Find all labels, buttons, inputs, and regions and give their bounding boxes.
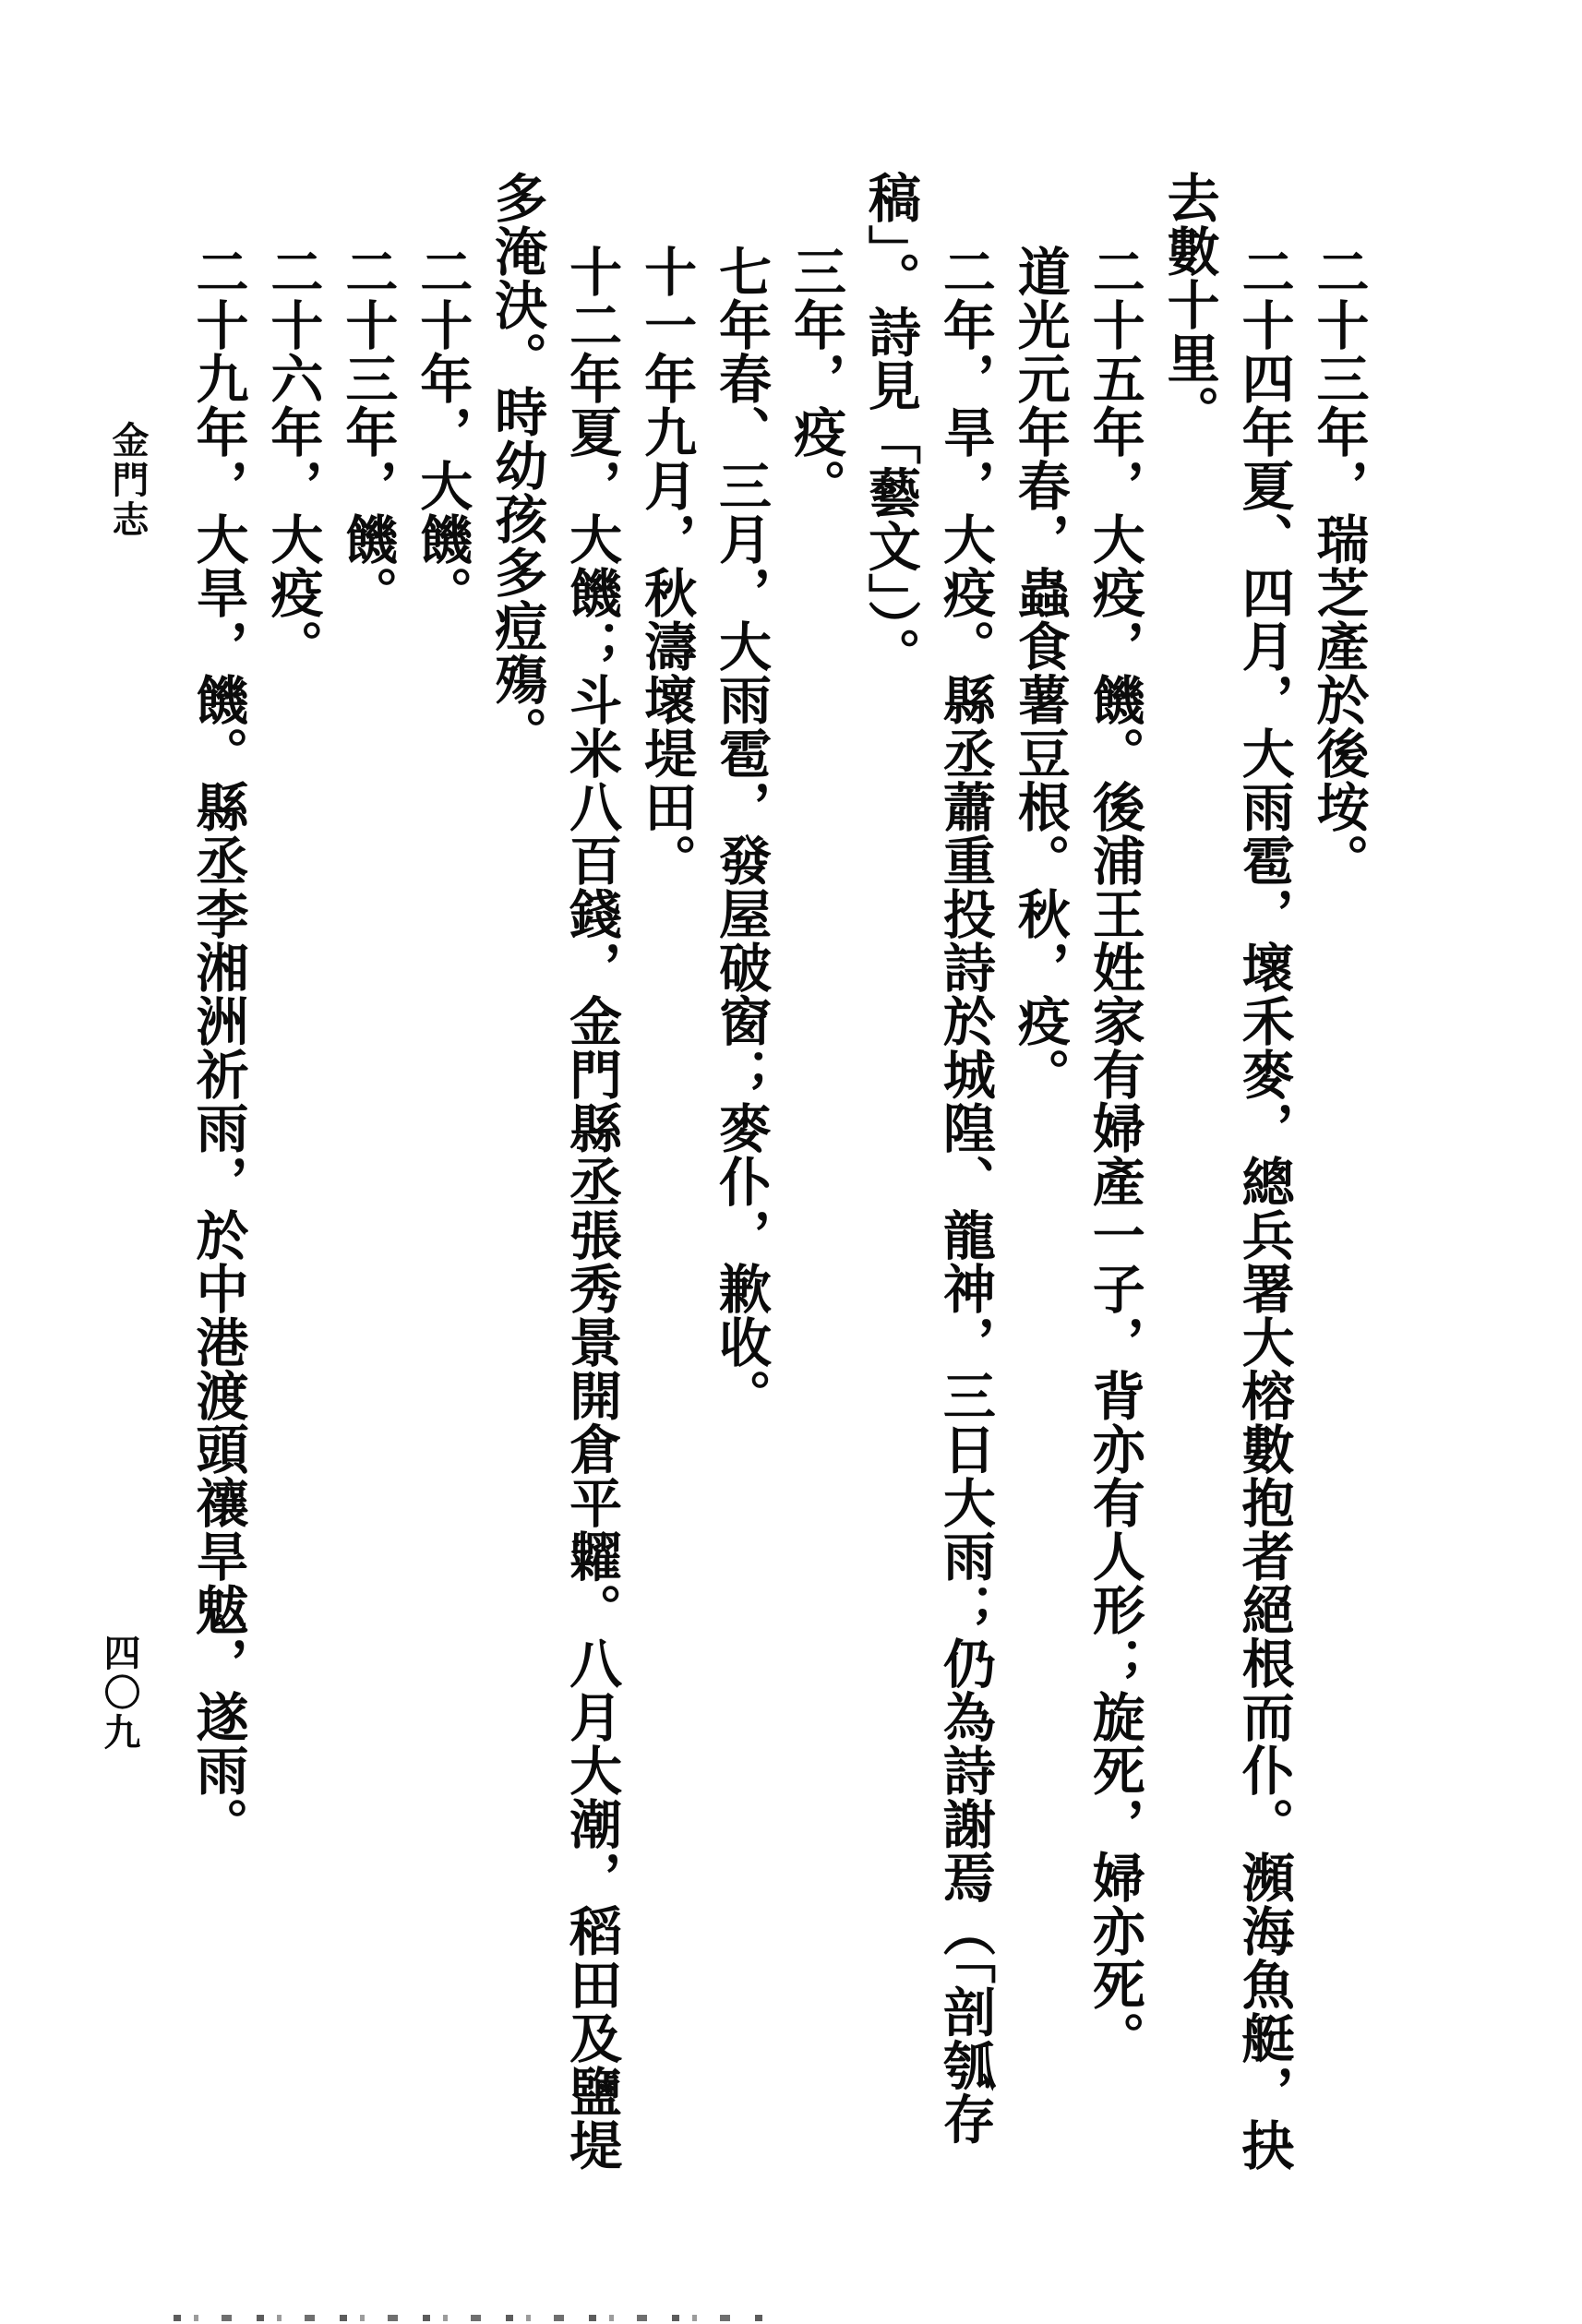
chronicle-entry: 道光元年春，蟲食薯豆根。秋，疫。 [1001,171,1076,2172]
page-number: 四〇九 [93,1634,146,1753]
chronicle-entry: 二十五年，大疫，饑。後浦王姓家有婦產一子，背亦有人形；旋死，婦亦死。 [1076,171,1151,2172]
chronicle-entry: 二十年，大饑。 [404,171,479,2172]
scanned-book-page: 二十三年，瑞芝產於後垵。二十四年夏、四月，大雨雹，壞禾麥，總兵署大榕數抱者絕根而… [0,0,1582,2324]
chronicle-entry: 二十四年夏、四月，大雨雹，壞禾麥，總兵署大榕數抱者絕根而仆。瀕海魚艇，抉去數十里… [1151,171,1300,2172]
main-text: 二十三年，瑞芝產於後垵。二十四年夏、四月，大雨雹，壞禾麥，總兵署大榕數抱者絕根而… [148,171,1375,2172]
chronicle-entry: 三年，疫。 [778,171,853,2172]
chronicle-entry: 十二年夏，大饑；斗米八百錢，金門縣丞張秀景開倉平糶。八月大潮，稻田及鹽堤多淹決。… [479,171,629,2172]
chronicle-entry: 二十三年，饑。 [330,171,404,2172]
chronicle-entry: 二十三年，瑞芝產於後垵。 [1300,171,1375,2172]
chronicle-entry: 二十九年，大旱，饑。縣丞李湘洲祈雨，於中港渡頭禳旱魃，遂雨。 [180,171,255,2172]
chronicle-entry: 二年，旱，大疫。縣丞蕭重投詩於城隍、龍神，三日大雨；仍為詩謝焉（「剖瓠存稿」。詩… [852,171,1001,2172]
chronicle-entry: 十一年九月，秋濤壞堤田。 [629,171,703,2172]
chronicle-entry: 二十六年，大疫。 [255,171,330,2172]
scan-noise-strip [174,2315,764,2321]
chronicle-entry: 七年春、三月，大雨雹，發屋破窗；麥仆，歉收。 [703,171,778,2172]
book-title: 金門志 [102,421,154,540]
